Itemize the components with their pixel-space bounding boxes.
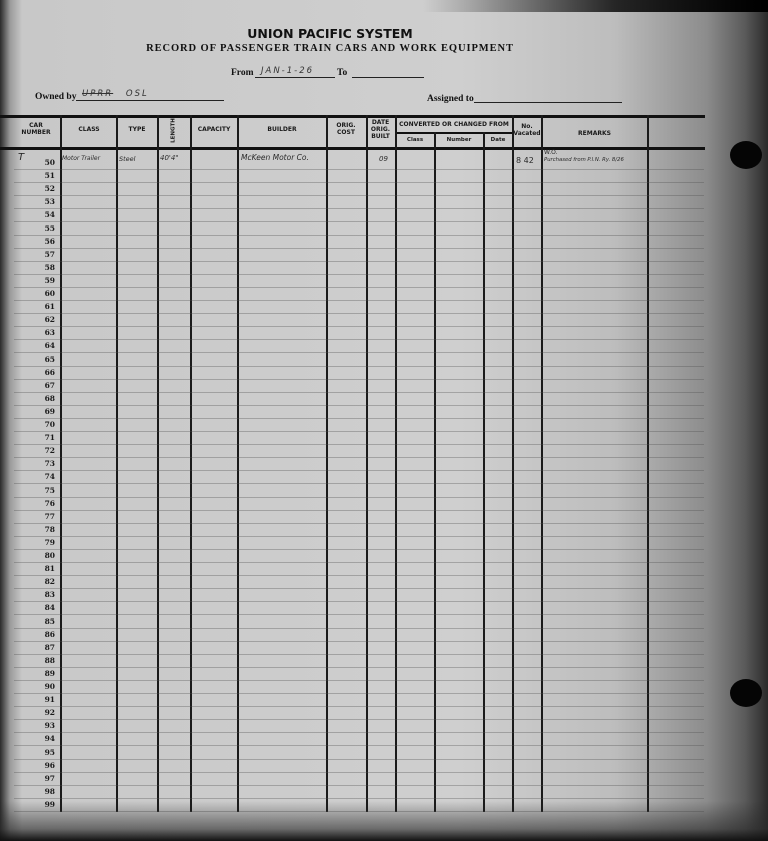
owned-by-struck-value: UPRR <box>82 89 113 99</box>
row-number: 86 <box>30 630 55 639</box>
table-row <box>14 785 704 786</box>
col-divider <box>395 115 397 812</box>
table-row <box>14 431 704 432</box>
table-row <box>14 719 704 720</box>
row-number: 81 <box>30 564 55 573</box>
table-row <box>14 261 704 262</box>
row-number: 97 <box>30 774 55 783</box>
table-row <box>14 444 704 445</box>
row-number: 58 <box>30 263 55 272</box>
to-label: To <box>337 68 347 78</box>
table-row <box>14 732 704 733</box>
from-field[interactable]: JAN-1-26 <box>255 66 335 78</box>
row-number: 99 <box>30 800 55 809</box>
punch-hole-top <box>730 141 762 169</box>
header-type: TYPE <box>117 126 157 133</box>
table-row <box>14 287 704 288</box>
table-top-rule <box>0 115 705 118</box>
assigned-to-field[interactable] <box>474 91 622 103</box>
table-row <box>14 366 704 367</box>
table-row <box>14 510 704 511</box>
row-number: 89 <box>30 669 55 678</box>
table-row <box>14 562 704 563</box>
table-row <box>14 352 704 353</box>
table-row <box>14 418 704 419</box>
table-row <box>14 195 704 196</box>
table-row <box>14 457 704 458</box>
row-number: 57 <box>30 250 55 259</box>
table-row <box>14 392 704 393</box>
owned-by-label: Owned by <box>35 92 76 102</box>
header-class: CLASS <box>62 126 116 133</box>
table-row <box>14 300 704 301</box>
row-number: 59 <box>30 276 55 285</box>
table-row <box>14 693 704 694</box>
row-number: 98 <box>30 787 55 796</box>
table-row <box>14 798 704 799</box>
punch-hole-bottom <box>730 679 762 707</box>
row-number: 70 <box>30 420 55 429</box>
row-number: 51 <box>30 171 55 180</box>
entry-no-vacated[interactable]: 8 42 <box>516 156 534 165</box>
header-car-number: CAR NUMBER <box>14 122 58 136</box>
table-row <box>14 772 704 773</box>
col-divider <box>157 115 159 812</box>
row-number: 54 <box>30 210 55 219</box>
entry-date-built[interactable]: 09 <box>379 155 388 163</box>
table-row <box>14 405 704 406</box>
table-row <box>14 667 704 668</box>
entry-builder[interactable]: McKeen Motor Co. <box>241 153 309 162</box>
table-row <box>14 588 704 589</box>
row-number: 65 <box>30 355 55 364</box>
row-number: 84 <box>30 603 55 612</box>
row-number: 74 <box>30 472 55 481</box>
converted-subheader-rule <box>395 132 512 134</box>
row-number: 55 <box>30 224 55 233</box>
row-number: 95 <box>30 748 55 757</box>
header-no-vacated: No. Vacated <box>513 123 541 137</box>
row-number: 91 <box>30 695 55 704</box>
col-divider <box>60 115 62 812</box>
table-row <box>14 549 704 550</box>
col-divider <box>366 115 368 812</box>
header-conv-date: Date <box>484 137 512 144</box>
table-row <box>14 614 704 615</box>
row-number: 71 <box>30 433 55 442</box>
row-number: 53 <box>30 197 55 206</box>
table-row <box>14 523 704 524</box>
record-sheet: UNION PACIFIC SYSTEM RECORD OF PASSENGER… <box>0 0 768 841</box>
from-label: From <box>231 68 254 78</box>
company-title: UNION PACIFIC SYSTEM <box>0 26 660 41</box>
row-number: 87 <box>30 643 55 652</box>
header-date-built: DATE ORIG. BUILT <box>367 119 394 140</box>
row-number: 96 <box>30 761 55 770</box>
col-divider <box>237 115 239 812</box>
table-header-bottom-rule <box>0 147 705 150</box>
table-row <box>14 470 704 471</box>
row-number: 92 <box>30 708 55 717</box>
row-number: 63 <box>30 328 55 337</box>
row-number: 69 <box>30 407 55 416</box>
header-orig-cost: ORIG. COST <box>330 122 362 136</box>
col-divider <box>326 115 328 812</box>
row-number: 75 <box>30 486 55 495</box>
table-row <box>14 313 704 314</box>
row-number: 64 <box>30 341 55 350</box>
table-row <box>14 497 704 498</box>
row-number: 60 <box>30 289 55 298</box>
col-divider <box>647 115 649 812</box>
row-number: 73 <box>30 459 55 468</box>
table-row <box>14 680 704 681</box>
header-conv-number: Number <box>435 137 483 144</box>
table-row <box>14 706 704 707</box>
table-row <box>14 483 704 484</box>
table-row <box>14 169 704 170</box>
entry-remarks-line1[interactable]: W.O. <box>544 149 558 156</box>
row-number: 94 <box>30 734 55 743</box>
header-conv-class: Class <box>396 137 434 144</box>
header-capacity: CAPACITY <box>191 126 237 133</box>
table-row <box>14 745 704 746</box>
entry-length[interactable]: 40'4" <box>160 154 179 162</box>
col-divider <box>116 115 118 812</box>
row-number: 67 <box>30 381 55 390</box>
row-number: 52 <box>30 184 55 193</box>
table-row <box>14 182 704 183</box>
header-builder: BUILDER <box>238 126 326 133</box>
entry-class[interactable]: Motor Trailer <box>62 155 100 162</box>
row-number: 56 <box>30 237 55 246</box>
row-number: 93 <box>30 721 55 730</box>
col-divider <box>541 115 543 812</box>
table-row <box>14 641 704 642</box>
table-row <box>14 536 704 537</box>
row-number: 78 <box>30 525 55 534</box>
row-number: 50 <box>30 158 55 167</box>
row-number: 76 <box>30 499 55 508</box>
table-row <box>14 221 704 222</box>
table-row <box>14 575 704 576</box>
entry-remarks-line2[interactable]: Purchased from P.I.N. Ry. 8/26 <box>544 157 624 163</box>
table-row <box>14 628 704 629</box>
form-title: RECORD OF PASSENGER TRAIN CARS AND WORK … <box>0 43 660 54</box>
col-divider <box>190 115 192 812</box>
col-divider <box>512 115 514 812</box>
row-number: 80 <box>30 551 55 560</box>
row-number: 61 <box>30 302 55 311</box>
owned-by-field[interactable]: UPRR OSL <box>76 89 224 101</box>
row-number: 68 <box>30 394 55 403</box>
row-number: 77 <box>30 512 55 521</box>
header-remarks: REMARKS <box>542 130 647 137</box>
table-row <box>14 248 704 249</box>
entry-type[interactable]: Steel <box>119 155 135 163</box>
table-row <box>14 379 704 380</box>
header-length: LENGTH <box>171 109 178 153</box>
table-row <box>14 654 704 655</box>
owned-by-value: OSL <box>126 89 149 99</box>
row-number: 90 <box>30 682 55 691</box>
row-number: 72 <box>30 446 55 455</box>
row-number: 83 <box>30 590 55 599</box>
table-row <box>14 339 704 340</box>
to-field[interactable] <box>352 66 424 78</box>
table-row <box>14 601 704 602</box>
table-row <box>14 759 704 760</box>
row-number: 88 <box>30 656 55 665</box>
table-row <box>14 274 704 275</box>
row-number: 62 <box>30 315 55 324</box>
assigned-to-label: Assigned to <box>427 94 474 104</box>
table-row <box>14 208 704 209</box>
table-row <box>14 811 704 812</box>
row-number: 85 <box>30 617 55 626</box>
row-number: 79 <box>30 538 55 547</box>
table-row <box>14 326 704 327</box>
table-row <box>14 235 704 236</box>
row-number: 66 <box>30 368 55 377</box>
car-prefix: T <box>18 152 24 163</box>
row-number: 82 <box>30 577 55 586</box>
header-converted-group: CONVERTED OR CHANGED FROM <box>396 121 512 128</box>
